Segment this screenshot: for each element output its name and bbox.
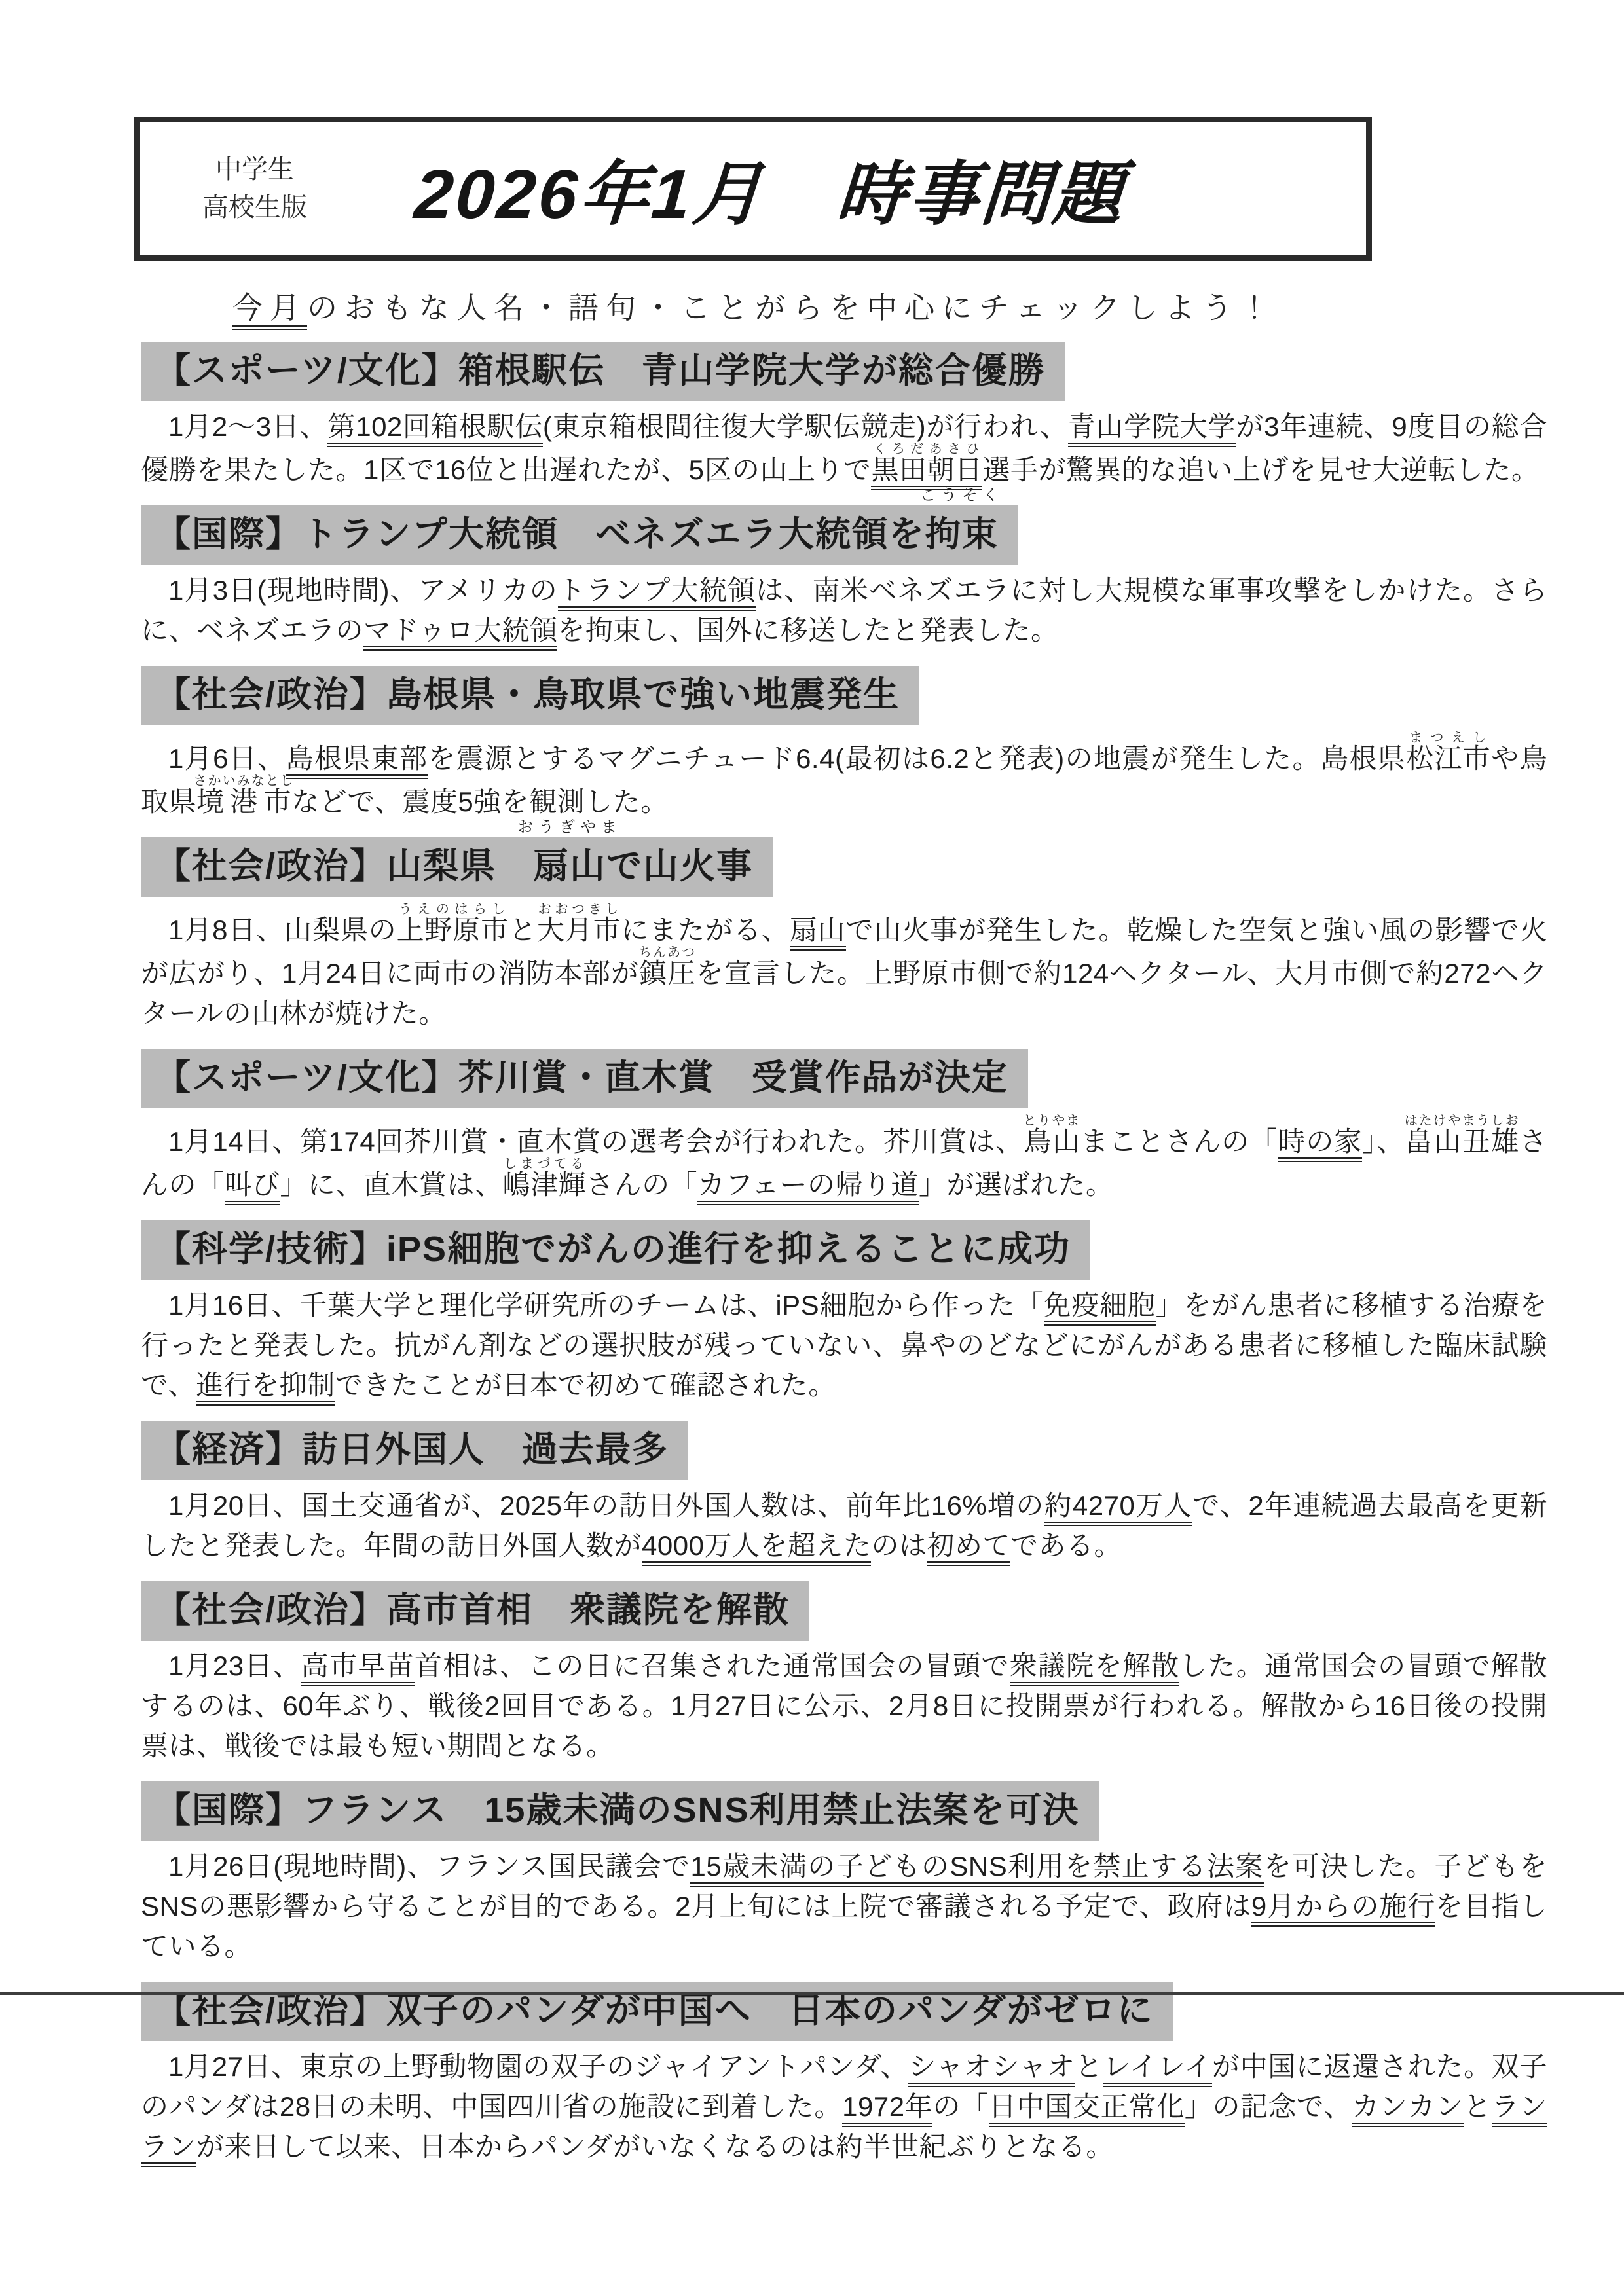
quiz-keyword: 4000万人を超えた — [642, 1530, 871, 1566]
header-text-run: で山火事 — [606, 847, 753, 886]
header-text-run: 訪日外国人 過去最多 — [302, 1430, 669, 1469]
text-run: を拘束し、国外に移送したと発表した。 — [557, 615, 1058, 646]
section-body: 1月14日、第174回芥川賞・直木賞の選考会が行われた。芥川賞は、鳥山とりやまま… — [141, 1114, 1547, 1205]
text-run: 1月6日、 — [168, 743, 286, 774]
text-run: 」に、直木賞は、 — [280, 1169, 503, 1200]
section-body: 1月16日、千葉大学と理化学研究所のチームは、iPS細胞から作った「免疫細胞」を… — [141, 1285, 1547, 1405]
quiz-keyword: カンカン — [1352, 2091, 1464, 2127]
section-header: 【国際】フランス 15歳未満のSNS利用禁止法案を可決 — [141, 1781, 1099, 1841]
quiz-keyword: 島根県東部 — [286, 743, 428, 779]
quiz-keyword: トランプ大統領 — [558, 575, 756, 611]
quiz-keyword: マドゥロ大統領 — [363, 615, 557, 651]
header-text-run: 島根県・鳥取県で強い地震発生 — [386, 675, 900, 714]
section-body: 1月27日、東京の上野動物園の双子のジャイアントパンダ、シャオシャオとレイレイが… — [141, 2047, 1547, 2166]
section-category: 【社会/政治】 — [155, 1590, 386, 1630]
text-with-reading: 嶋津輝しまづてる — [503, 1169, 587, 1200]
news-section: 【スポーツ/文化】芥川賞・直木賞 受賞作品が決定1月14日、第174回芥川賞・直… — [141, 1049, 1545, 1205]
section-header: 【社会/政治】高市首相 衆議院を解散 — [141, 1581, 809, 1641]
header-text-run: 双子のパンダが中国へ 日本のパンダがゼロに — [386, 1991, 1154, 2030]
news-section: 【社会/政治】島根県・鳥取県で強い地震発生1月6日、島根県東部を震源とするマグニ… — [141, 666, 1545, 822]
text-run: 1月27日、東京の上野動物園の双子のジャイアントパンダ、 — [168, 2051, 908, 2082]
ruby-annotation: 上野原市うえのはらし — [397, 915, 509, 945]
text-run: (東京箱根間往復大学駅伝競走)が行われ、 — [543, 411, 1068, 442]
quiz-keyword: レイレイ — [1103, 2051, 1212, 2087]
section-category: 【社会/政治】 — [155, 675, 386, 714]
quiz-keyword: 約4270万人 — [1044, 1490, 1192, 1526]
furigana-reading: しまづてる — [503, 1157, 587, 1171]
header-keyword-with-reading: 扇山おうぎやま — [533, 848, 606, 884]
quiz-keyword: 進行を抑制 — [196, 1370, 335, 1406]
section-header: 【スポーツ/文化】芥川賞・直木賞 受賞作品が決定 — [141, 1049, 1028, 1108]
section-body: 1月8日、山梨県の上野原市うえのはらしと大月市おおつきしにまたがる、扇山で山火事… — [141, 902, 1547, 1033]
text-with-reading: 境港市さかいみなとし — [196, 786, 291, 817]
section-title: 芥川賞・直木賞 受賞作品が決定 — [458, 1058, 1008, 1097]
text-run: と — [509, 915, 537, 945]
section-category: 【国際】 — [155, 515, 302, 554]
header-text-run: フランス 15歳未満のSNS利用禁止法案を可決 — [302, 1791, 1079, 1830]
section-category: 【スポーツ/文化】 — [155, 351, 458, 390]
quiz-keyword: 日中国交正常化 — [989, 2091, 1185, 2127]
text-run: を震源とするマグニチュード6.4(最初は6.2と発表)の地震が発生した。島根県 — [428, 743, 1406, 774]
section-category: 【社会/政治】 — [155, 1991, 386, 2030]
page-title: 2026年1月 時事問題 — [412, 139, 1129, 238]
text-with-reading: 松江市まつえし — [1406, 743, 1491, 774]
quiz-keyword: 9月からの施行 — [1251, 1891, 1435, 1927]
edition-label: 中学生 高校生版 — [202, 151, 307, 227]
text-run: 1月23日、 — [168, 1650, 301, 1681]
quiz-keyword: 叫び — [225, 1169, 280, 1205]
header-text-run: iPS細胞でがんの進行を抑えることに成功 — [386, 1230, 1071, 1269]
section-body: 1月6日、島根県東部を震源とするマグニチュード6.4(最初は6.2と発表)の地震… — [141, 731, 1547, 822]
furigana-reading: まつえし — [1406, 731, 1490, 745]
header-text-run: トランプ大統領 ベネズエラ大統領を — [302, 515, 925, 554]
text-run: さんの「 — [586, 1169, 697, 1200]
text-with-reading: 鳥山とりやま — [1024, 1126, 1080, 1157]
text-run: 」が選ばれた。 — [919, 1169, 1114, 1200]
text-run: と — [1464, 2091, 1492, 2122]
masthead-box: 中学生 高校生版 2026年1月 時事問題 — [134, 117, 1372, 261]
quiz-keyword: 衆議院を解散 — [1010, 1650, 1180, 1686]
quiz-keyword: 時の家 — [1278, 1126, 1362, 1162]
section-body: 1月26日(現地時間)、フランス国民議会で15歳未満の子どものSNS利用を禁止す… — [141, 1846, 1547, 1966]
text-run: のは — [871, 1530, 927, 1561]
quiz-keyword: 青山学院大学 — [1068, 411, 1236, 447]
text-with-reading: 畠山丑雄はたけやまうしお — [1405, 1126, 1519, 1157]
news-section: 【社会/政治】山梨県 扇山おうぎやまで山火事1月8日、山梨県の上野原市うえのはら… — [141, 837, 1545, 1033]
section-title: 訪日外国人 過去最多 — [302, 1430, 669, 1469]
text-run: の「 — [932, 2091, 988, 2122]
text-run: 」、 — [1362, 1126, 1405, 1157]
ruby-annotation: 松江市まつえし — [1406, 743, 1491, 774]
furigana-reading: さかいみなとし — [194, 774, 295, 788]
ruby-annotation: 境港市さかいみなとし — [196, 786, 291, 817]
section-body: 1月20日、国土交通省が、2025年の訪日外国人数は、前年比16%増の約4270… — [141, 1485, 1547, 1565]
section-title: 双子のパンダが中国へ 日本のパンダがゼロに — [386, 1991, 1154, 2030]
ruby-annotation: 鎮圧ちんあつ — [639, 958, 696, 989]
header-keyword-with-reading: 拘束こうそく — [925, 517, 999, 552]
text-with-reading: 上野原市うえのはらし — [397, 915, 509, 945]
section-header: 【国際】トランプ大統領 ベネズエラ大統領を拘束こうそく — [141, 505, 1018, 565]
furigana-reading: おおつきし — [537, 902, 621, 917]
text-run: 1月8日、山梨県の — [168, 915, 397, 945]
text-run: 選手が驚異的な追い上げを見せ大逆転した。 — [982, 454, 1539, 485]
furigana-reading: おうぎやま — [517, 820, 622, 835]
ruby-annotation: 嶋津輝しまづてる — [503, 1169, 587, 1200]
news-section: 【国際】トランプ大統領 ベネズエラ大統領を拘束こうそく1月3日(現地時間)、アメ… — [141, 505, 1545, 650]
text-run: である。 — [1010, 1530, 1122, 1561]
ruby-annotation: 畠山丑雄はたけやまうしお — [1405, 1126, 1519, 1157]
ruby-annotation: 黒田朝日くろだあさひ — [871, 454, 982, 485]
quiz-keyword: 初めて — [927, 1530, 1010, 1566]
text-run: 1月20日、国土交通省が、2025年の訪日外国人数は、前年比16%増の — [168, 1490, 1044, 1521]
text-run: 1月16日、千葉大学と理化学研究所のチームは、iPS細胞から作った「 — [168, 1290, 1044, 1321]
section-title: フランス 15歳未満のSNS利用禁止法案を可決 — [302, 1791, 1079, 1830]
edition-line-1: 中学生 — [202, 151, 307, 189]
section-category: 【スポーツ/文化】 — [155, 1058, 458, 1097]
header-text-run: 山梨県 — [386, 847, 533, 886]
news-section: 【スポーツ/文化】箱根駅伝 青山学院大学が総合優勝1月2～3日、第102回箱根駅… — [141, 342, 1545, 490]
section-body: 1月23日、高市早苗首相は、この日に召集された通常国会の冒頭で衆議院を解散した。… — [141, 1646, 1547, 1766]
text-run: まことさんの「 — [1080, 1126, 1278, 1157]
furigana-reading: ちんあつ — [638, 945, 696, 960]
text-run: が来日して以来、日本からパンダがいなくなるのは約半世紀ぶりとなる。 — [196, 2131, 1114, 2162]
text-run: にまたがる、 — [621, 915, 790, 945]
text-with-reading: 鎮圧ちんあつ — [639, 958, 696, 989]
section-category: 【社会/政治】 — [155, 847, 386, 886]
section-category: 【科学/技術】 — [155, 1230, 386, 1269]
news-sections: 【スポーツ/文化】箱根駅伝 青山学院大学が総合優勝1月2～3日、第102回箱根駅… — [141, 342, 1545, 2166]
section-title: 山梨県 扇山おうぎやまで山火事 — [386, 847, 753, 886]
quiz-keyword: 高市早苗 — [301, 1650, 415, 1686]
news-section: 【国際】フランス 15歳未満のSNS利用禁止法案を可決1月26日(現地時間)、フ… — [141, 1781, 1545, 1966]
section-header: 【科学/技術】iPS細胞でがんの進行を抑えることに成功 — [141, 1220, 1090, 1280]
section-title: 箱根駅伝 青山学院大学が総合優勝 — [458, 351, 1045, 390]
news-section: 【経済】訪日外国人 過去最多1月20日、国土交通省が、2025年の訪日外国人数は… — [141, 1421, 1545, 1565]
text-run: と — [1075, 2051, 1103, 2082]
subtitle: 今月のおもな人名・語句・ことがらを中心にチェックしよう！ — [232, 284, 1545, 327]
section-title: 島根県・鳥取県で強い地震発生 — [386, 675, 900, 714]
page-scan-rule — [0, 1992, 1624, 1995]
ruby-annotation: 鳥山とりやま — [1024, 1126, 1080, 1157]
section-header: 【社会/政治】山梨県 扇山おうぎやまで山火事 — [141, 837, 773, 897]
subtitle-rest: のおもな人名・語句・ことがらを中心にチェックしよう！ — [307, 291, 1277, 325]
news-section: 【社会/政治】双子のパンダが中国へ 日本のパンダがゼロに1月27日、東京の上野動… — [141, 1982, 1545, 2166]
text-run: 」の記念で、 — [1185, 2091, 1352, 2122]
section-title: トランプ大統領 ベネズエラ大統領を拘束こうそく — [302, 515, 999, 554]
ruby-annotation: 大月市おおつきし — [537, 915, 621, 945]
text-with-reading: 大月市おおつきし — [537, 915, 621, 945]
furigana-reading: とりやま — [1023, 1114, 1080, 1128]
text-run: 1月26日(現地時間)、フランス国民議会で — [168, 1851, 690, 1882]
quiz-keyword: 免疫細胞 — [1044, 1290, 1156, 1326]
document-page: 中学生 高校生版 2026年1月 時事問題 今月のおもな人名・語句・ことがらを中… — [0, 0, 1624, 2296]
quiz-keyword: シャオシャオ — [908, 2051, 1075, 2087]
section-header: 【経済】訪日外国人 過去最多 — [141, 1421, 688, 1480]
header-text-run: 芥川賞・直木賞 受賞作品が決定 — [458, 1058, 1008, 1097]
section-header: 【社会/政治】島根県・鳥取県で強い地震発生 — [141, 666, 919, 725]
quiz-keyword: 15歳未満の子どものSNS利用を禁止する法案 — [690, 1851, 1263, 1887]
news-section: 【社会/政治】高市首相 衆議院を解散1月23日、高市早苗首相は、この日に召集され… — [141, 1581, 1545, 1766]
section-title: iPS細胞でがんの進行を抑えることに成功 — [386, 1230, 1071, 1269]
quiz-keyword: 黒田朝日くろだあさひ — [871, 454, 982, 490]
quiz-keyword: 第102回箱根駅伝 — [327, 411, 542, 447]
section-body: 1月3日(現地時間)、アメリカのトランプ大統領は、南米ベネズエラに対し大規模な軍… — [141, 570, 1547, 650]
section-header: 【社会/政治】双子のパンダが中国へ 日本のパンダがゼロに — [141, 1982, 1173, 2041]
section-category: 【国際】 — [155, 1791, 302, 1830]
text-run: できたことが日本で初めて確認された。 — [335, 1370, 836, 1400]
text-run: 首相は、この日に召集された通常国会の冒頭で — [415, 1650, 1010, 1681]
news-section: 【科学/技術】iPS細胞でがんの進行を抑えることに成功1月16日、千葉大学と理化… — [141, 1220, 1545, 1405]
section-header: 【スポーツ/文化】箱根駅伝 青山学院大学が総合優勝 — [141, 342, 1065, 401]
subtitle-lead-keyword: 今月 — [232, 291, 307, 330]
header-text-run: 箱根駅伝 青山学院大学が総合優勝 — [458, 351, 1045, 390]
furigana-reading: こうそく — [920, 488, 1004, 503]
text-run: などで、震度5強を観測した。 — [291, 786, 669, 817]
text-run: 1月3日(現地時間)、アメリカの — [168, 575, 558, 606]
edition-line-2: 高校生版 — [202, 189, 307, 227]
furigana-reading: くろだあさひ — [871, 442, 982, 456]
quiz-keyword: 扇山 — [790, 915, 846, 951]
text-run: 1月14日、第174回芥川賞・直木賞の選考会が行われた。芥川賞は、 — [168, 1126, 1024, 1157]
header-text-run: 高市首相 衆議院を解散 — [386, 1590, 790, 1630]
furigana-reading: うえのはらし — [397, 902, 509, 917]
quiz-keyword: 1972年 — [842, 2091, 932, 2127]
text-run: 1月2～3日、 — [168, 411, 327, 442]
quiz-keyword: カフェーの帰り道 — [697, 1169, 919, 1205]
section-category: 【経済】 — [155, 1430, 302, 1469]
section-body: 1月2～3日、第102回箱根駅伝(東京箱根間往復大学駅伝競走)が行われ、青山学院… — [141, 407, 1547, 490]
furigana-reading: はたけやまうしお — [1405, 1114, 1520, 1128]
section-title: 高市首相 衆議院を解散 — [386, 1590, 790, 1630]
